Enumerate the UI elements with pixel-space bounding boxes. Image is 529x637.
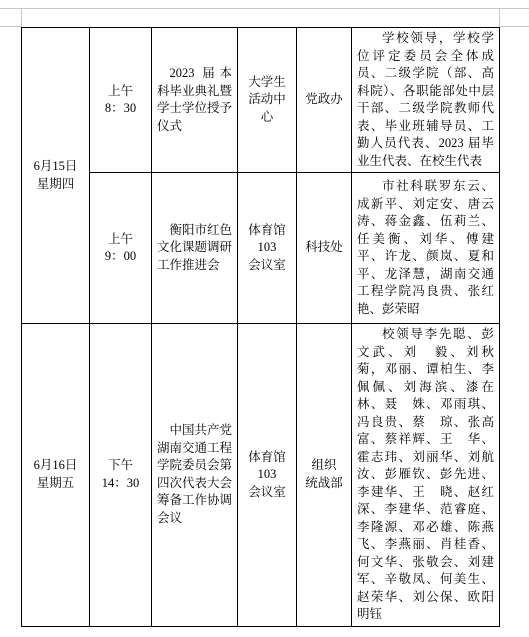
margin-crop-mark-left	[21, 8, 22, 27]
page-boundary-line	[0, 8, 529, 9]
event-cell-row3: 中国共产党湖南交通工程学院委员会第四次代表大会筹备工作协调会议	[152, 324, 238, 627]
department-cell-row2: 科技处	[297, 173, 352, 324]
date-cell-jun15: 6月15日 星期四	[22, 28, 90, 324]
table-row: 上午 9：00 衡阳市红色文化课题调研工作推进会 体育馆 103 会议室 科技处…	[22, 173, 500, 324]
event-cell-row1: 2023 届本科毕业典礼暨学士学位授予仪式	[152, 28, 238, 173]
venue-cell-row1: 大学生 活动中 心	[238, 28, 297, 173]
time-cell-row3: 下午 14：30	[90, 324, 152, 627]
department-cell-row1: 党政办	[297, 28, 352, 173]
time-cell-row1: 上午 8：30	[90, 28, 152, 173]
margin-crop-mark-left	[0, 26, 21, 27]
margin-crop-mark-right	[500, 26, 529, 27]
document-page: 6月15日 星期四 上午 8：30 2023 届本科毕业典礼暨学士学位授予仪式 …	[0, 0, 529, 637]
margin-crop-mark-right	[499, 8, 500, 27]
venue-cell-row2: 体育馆 103 会议室	[238, 173, 297, 324]
time-cell-row2: 上午 9：00	[90, 173, 152, 324]
event-cell-row2: 衡阳市红色文化课题调研工作推进会	[152, 173, 238, 324]
table-row: 6月16日 星期五 下午 14：30 中国共产党湖南交通工程学院委员会第四次代表…	[22, 324, 500, 627]
attendees-cell-row2: 市社科联罗东云、成新平、刘定安、唐云涛、蒋金鑫、伍莉兰、任美衡、刘华、傅建平、许…	[352, 173, 500, 324]
table-row: 6月15日 星期四 上午 8：30 2023 届本科毕业典礼暨学士学位授予仪式 …	[22, 28, 500, 173]
schedule-table: 6月15日 星期四 上午 8：30 2023 届本科毕业典礼暨学士学位授予仪式 …	[21, 27, 500, 627]
date-cell-jun16: 6月16日 星期五	[22, 324, 90, 627]
attendees-cell-row1: 学校领导，学校学位评定委员会全体成员、二级学院（部、高科院）、各职能部处中层干部…	[352, 28, 500, 173]
attendees-cell-row3: 校领导李先聪、彭文武、刘 毅、刘秋菊，邓丽、谭柏生、李佩佩、刘海滨、漆在林、聂 …	[352, 324, 500, 627]
venue-cell-row3: 体育馆 103 会议室	[238, 324, 297, 627]
department-cell-row3: 组织 统战部	[297, 324, 352, 627]
